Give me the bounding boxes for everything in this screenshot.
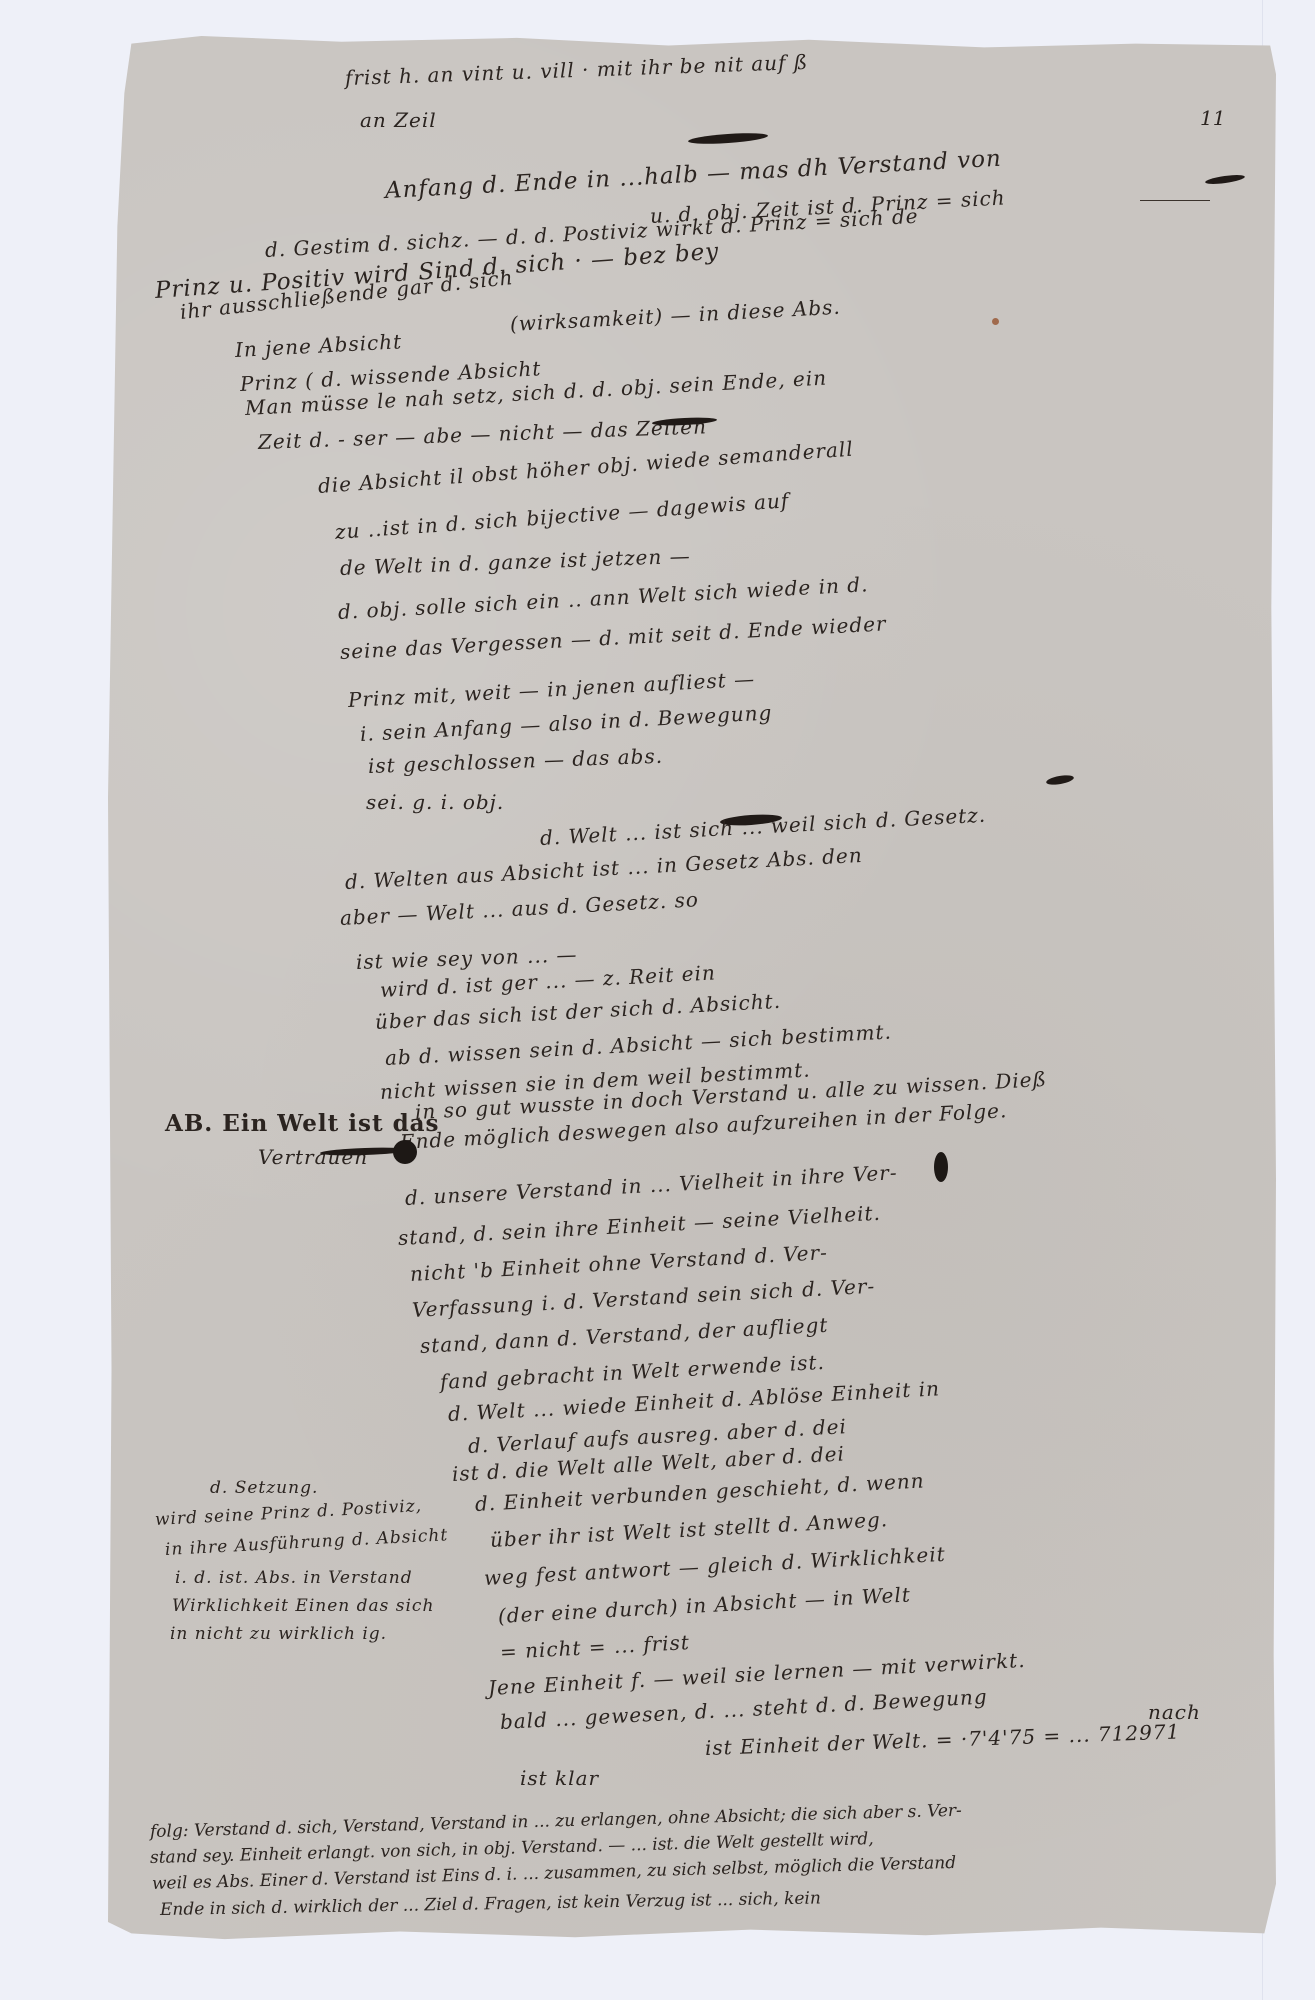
margin-note: d. Setzung. — [210, 1478, 318, 1498]
handwritten-line: an Zeil — [360, 108, 437, 132]
margin-note: Wirklichkeit Einen das sich — [172, 1596, 434, 1616]
margin-note: i. d. ist. Abs. in Verstand — [175, 1568, 413, 1588]
margin-note: AB. Ein Welt ist das — [165, 1110, 440, 1137]
handwritten-line: sei. g. i. obj. — [366, 790, 504, 814]
handwritten-line: ist klar — [520, 1766, 599, 1790]
page-number: 11 — [1200, 106, 1225, 130]
ink-blot — [393, 1140, 417, 1164]
paper-stain — [992, 318, 999, 325]
underline-mark — [1140, 200, 1210, 201]
margin-note: in nicht zu wirklich ig. — [170, 1624, 387, 1644]
ink-blot — [934, 1152, 948, 1182]
